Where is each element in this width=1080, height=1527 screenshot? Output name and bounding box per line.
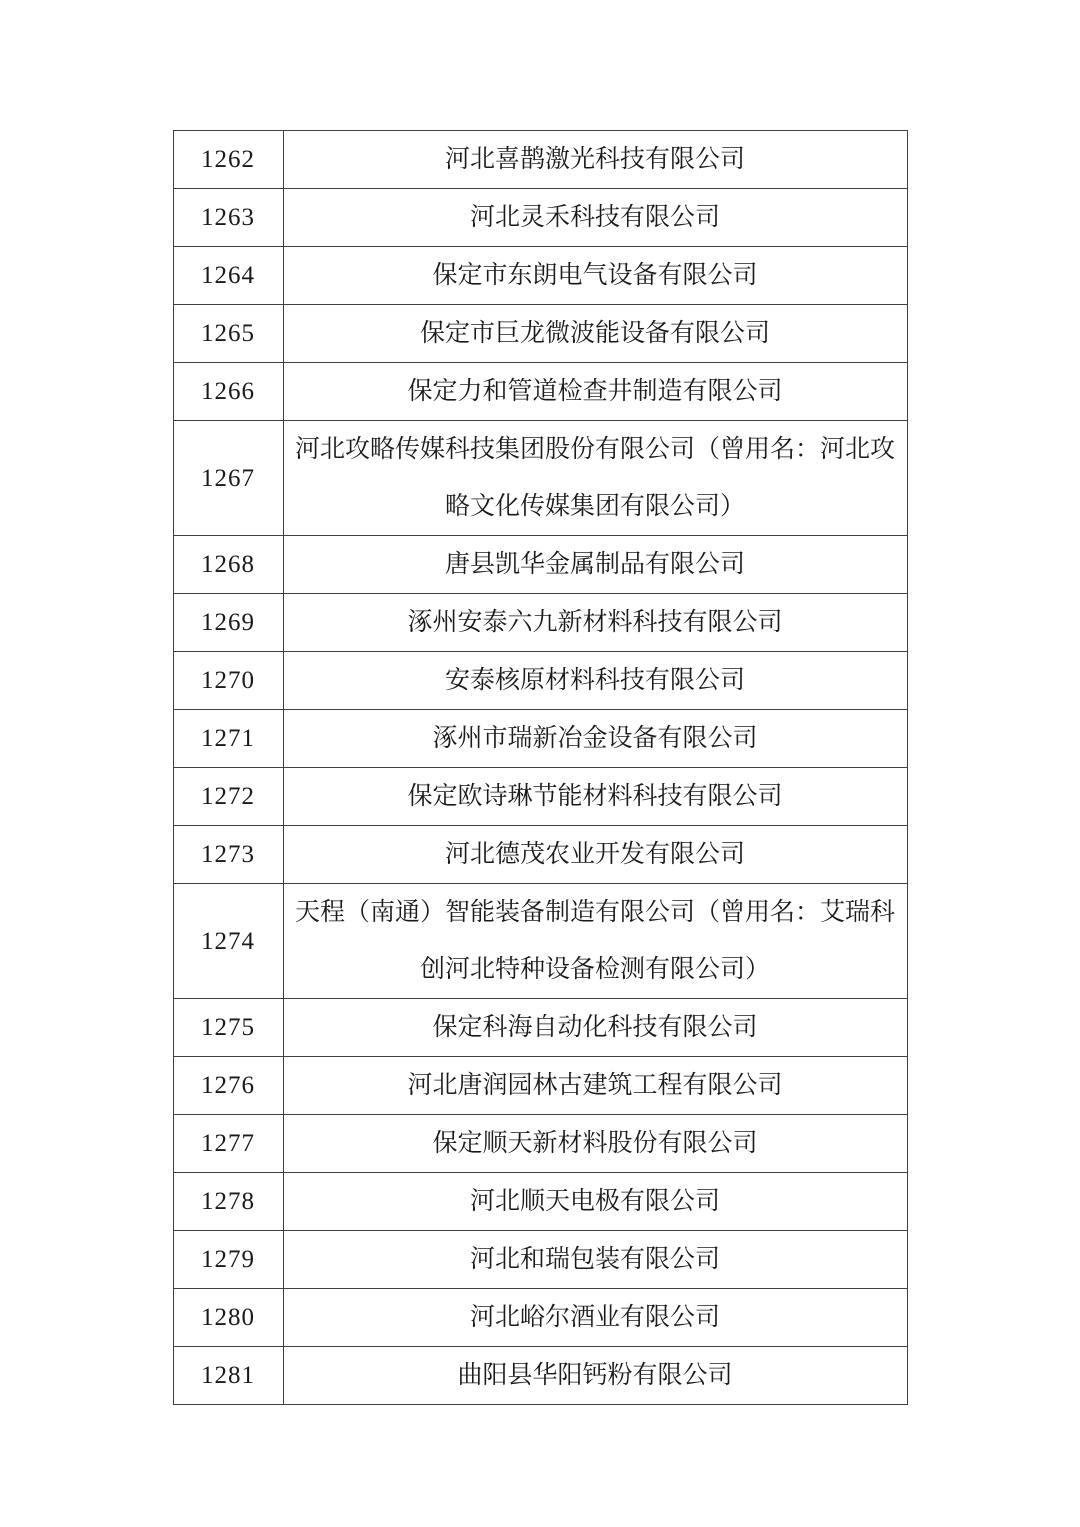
company-name-cell: 保定市巨龙微波能设备有限公司 [283,305,907,363]
table-row: 1280河北峪尔酒业有限公司 [173,1289,907,1347]
row-number-cell: 1278 [173,1173,283,1231]
table-row: 1262河北喜鹊激光科技有限公司 [173,131,907,189]
company-table-body: 1262河北喜鹊激光科技有限公司1263河北灵禾科技有限公司1264保定市东朗电… [173,131,907,1405]
company-name-cell: 河北唐润园林古建筑工程有限公司 [283,1057,907,1115]
company-name-cell: 保定欧诗琳节能材料科技有限公司 [283,768,907,826]
table-row: 1274天程（南通）智能装备制造有限公司（曾用名：艾瑞科创河北特种设备检测有限公… [173,884,907,999]
table-row: 1266保定力和管道检查井制造有限公司 [173,363,907,421]
company-name-cell: 保定科海自动化科技有限公司 [283,999,907,1057]
company-name-cell: 唐县凯华金属制品有限公司 [283,536,907,594]
company-name-cell: 河北峪尔酒业有限公司 [283,1289,907,1347]
company-name-cell: 河北和瑞包装有限公司 [283,1231,907,1289]
table-row: 1273河北德茂农业开发有限公司 [173,826,907,884]
row-number-cell: 1274 [173,884,283,999]
table-row: 1264保定市东朗电气设备有限公司 [173,247,907,305]
row-number-cell: 1273 [173,826,283,884]
row-number-cell: 1271 [173,710,283,768]
company-name-cell: 河北德茂农业开发有限公司 [283,826,907,884]
company-name-cell: 曲阳县华阳钙粉有限公司 [283,1347,907,1405]
table-row: 1277保定顺天新材料股份有限公司 [173,1115,907,1173]
company-name-cell: 保定顺天新材料股份有限公司 [283,1115,907,1173]
company-table: 1262河北喜鹊激光科技有限公司1263河北灵禾科技有限公司1264保定市东朗电… [173,130,908,1405]
table-row: 1269涿州安泰六九新材料科技有限公司 [173,594,907,652]
row-number-cell: 1270 [173,652,283,710]
company-name-cell: 河北顺天电极有限公司 [283,1173,907,1231]
row-number-cell: 1272 [173,768,283,826]
table-row: 1263河北灵禾科技有限公司 [173,189,907,247]
row-number-cell: 1268 [173,536,283,594]
table-row: 1278河北顺天电极有限公司 [173,1173,907,1231]
row-number-cell: 1266 [173,363,283,421]
row-number-cell: 1279 [173,1231,283,1289]
row-number-cell: 1267 [173,421,283,536]
table-row: 1281曲阳县华阳钙粉有限公司 [173,1347,907,1405]
row-number-cell: 1276 [173,1057,283,1115]
table-row: 1265保定市巨龙微波能设备有限公司 [173,305,907,363]
row-number-cell: 1281 [173,1347,283,1405]
row-number-cell: 1280 [173,1289,283,1347]
row-number-cell: 1264 [173,247,283,305]
company-name-cell: 涿州安泰六九新材料科技有限公司 [283,594,907,652]
row-number-cell: 1275 [173,999,283,1057]
row-number-cell: 1277 [173,1115,283,1173]
company-name-cell: 天程（南通）智能装备制造有限公司（曾用名：艾瑞科创河北特种设备检测有限公司） [283,884,907,999]
table-row: 1275保定科海自动化科技有限公司 [173,999,907,1057]
table-row: 1276河北唐润园林古建筑工程有限公司 [173,1057,907,1115]
row-number-cell: 1263 [173,189,283,247]
company-name-cell: 河北喜鹊激光科技有限公司 [283,131,907,189]
table-row: 1270安泰核原材料科技有限公司 [173,652,907,710]
table-row: 1268唐县凯华金属制品有限公司 [173,536,907,594]
row-number-cell: 1265 [173,305,283,363]
company-name-cell: 保定力和管道检查井制造有限公司 [283,363,907,421]
row-number-cell: 1262 [173,131,283,189]
table-row: 1272保定欧诗琳节能材料科技有限公司 [173,768,907,826]
table-row: 1279河北和瑞包装有限公司 [173,1231,907,1289]
company-name-cell: 涿州市瑞新冶金设备有限公司 [283,710,907,768]
company-name-cell: 河北攻略传媒科技集团股份有限公司（曾用名：河北攻略文化传媒集团有限公司） [283,421,907,536]
row-number-cell: 1269 [173,594,283,652]
document-page: 1262河北喜鹊激光科技有限公司1263河北灵禾科技有限公司1264保定市东朗电… [0,0,1080,1527]
company-name-cell: 河北灵禾科技有限公司 [283,189,907,247]
table-row: 1267河北攻略传媒科技集团股份有限公司（曾用名：河北攻略文化传媒集团有限公司） [173,421,907,536]
company-name-cell: 安泰核原材料科技有限公司 [283,652,907,710]
table-row: 1271涿州市瑞新冶金设备有限公司 [173,710,907,768]
company-name-cell: 保定市东朗电气设备有限公司 [283,247,907,305]
